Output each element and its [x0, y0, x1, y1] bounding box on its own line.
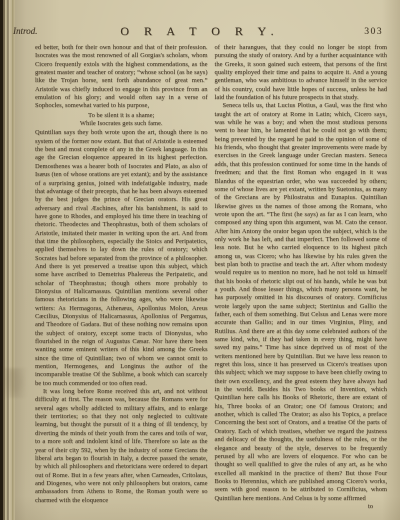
verse-line: To be silent it is a shame;: [35, 112, 208, 120]
catchword: to: [215, 503, 388, 511]
left-column: ed better, both for their own honour and…: [35, 44, 208, 512]
right-column: of their harangues, that they could no l…: [215, 44, 388, 512]
ink-bleed-smudge: [2, 368, 28, 398]
text-columns: ed better, both for their own honour and…: [35, 44, 387, 512]
running-title: O R A T O R Y.: [0, 24, 400, 39]
paragraph: Seneca tells us, that Lucius Plotius, a …: [215, 102, 388, 503]
page-number: 303: [364, 27, 383, 37]
verse-line: While Isocrates gets such fame.: [35, 120, 208, 128]
paragraph: Quintilian says they both wrote upon the…: [35, 129, 208, 388]
paragraph-continuation: ed better, both for their own honour and…: [35, 44, 208, 111]
paragraph: It was long before Rome received this ar…: [35, 388, 208, 505]
verse-couplet: To be silent it is a shame; While Isocra…: [35, 112, 208, 129]
book-binding-edge: [0, 0, 15, 520]
paragraph-continuation: of their harangues, that they could no l…: [215, 44, 388, 102]
